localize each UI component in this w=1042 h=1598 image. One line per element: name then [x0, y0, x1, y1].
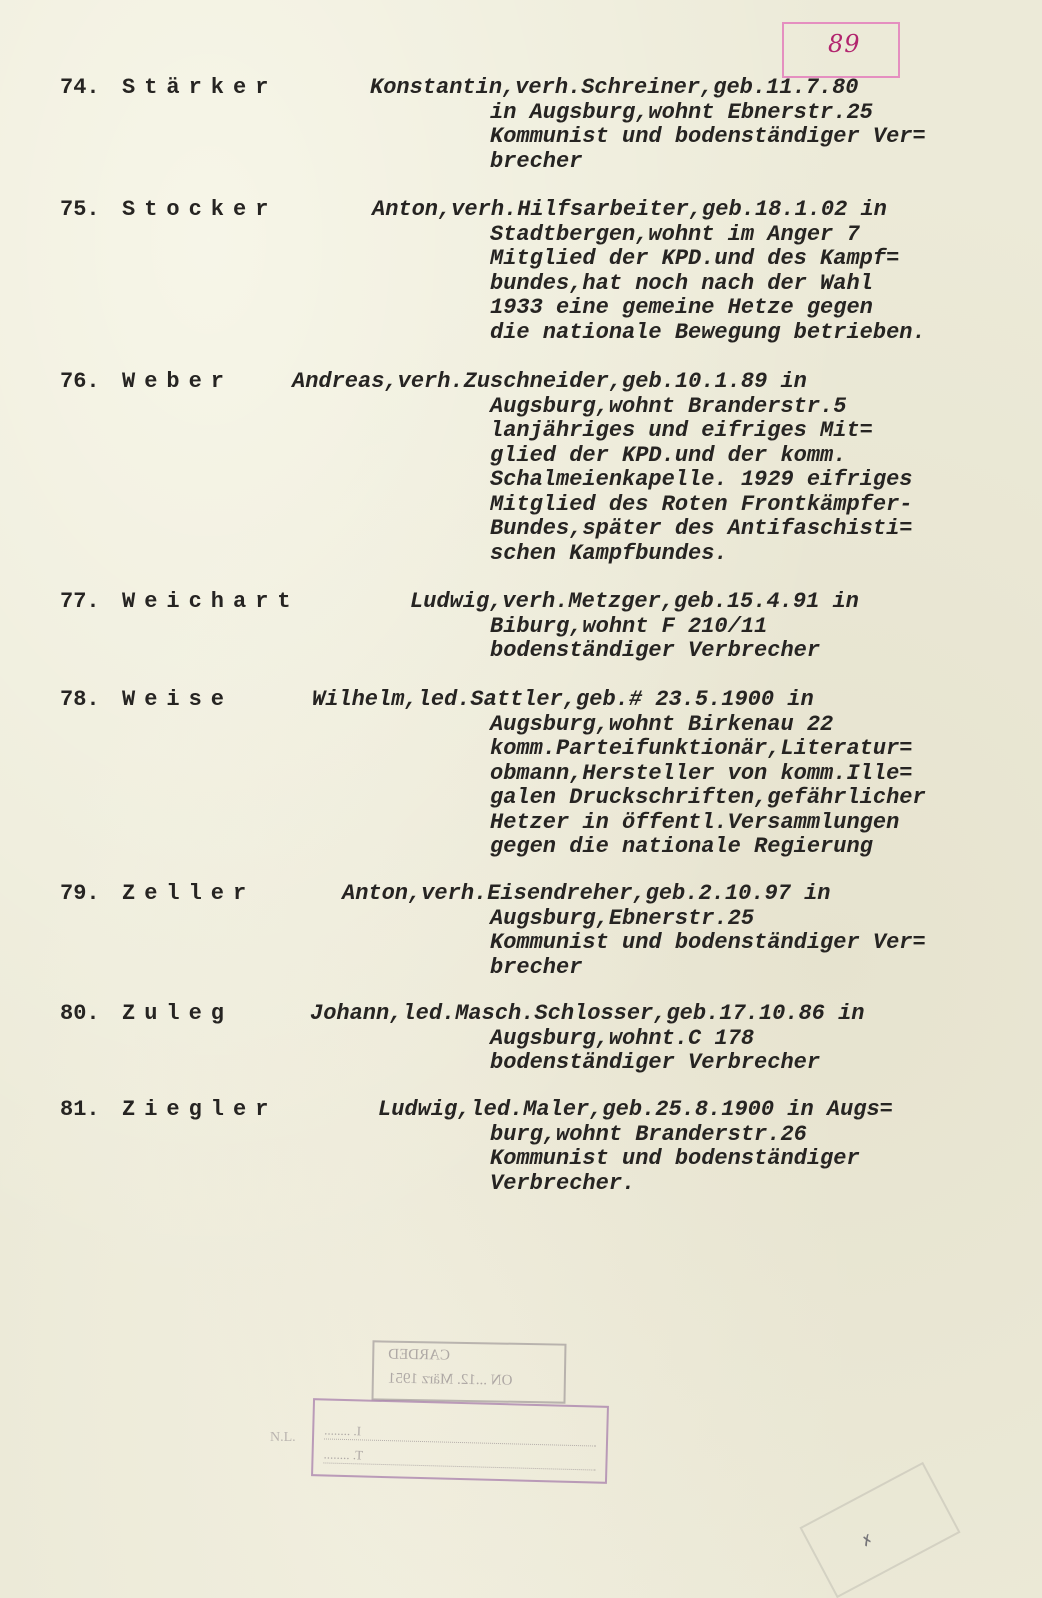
- carded-stamp-line2: ON ...12. März 1951: [388, 1371, 554, 1391]
- list-item: 74.StärkerKonstantin,verh.Schreiner,geb.…: [60, 76, 1030, 174]
- list-item: 80.ZulegJohann,led.Masch.Schlosser,geb.1…: [60, 1002, 1030, 1076]
- entry-heading: 78.WeiseWilhelm,led.Sattler,geb.# 23.5.1…: [60, 688, 1030, 713]
- entry-number: 78.: [60, 688, 122, 713]
- entry-detail-line: die nationale Bewegung betrieben.: [490, 321, 1030, 346]
- entry-detail-line: bundes,hat noch nach der Wahl: [490, 272, 1030, 297]
- entry-details: Stadtbergen,wohnt im Anger 7Mitglied der…: [490, 223, 1030, 346]
- entry-surname: Zuleg: [122, 1002, 233, 1027]
- entry-number: 76.: [60, 370, 122, 395]
- entry-details: burg,wohnt Branderstr.26Kommunist und bo…: [490, 1123, 1030, 1197]
- entry-detail-line: Augsburg,wohnt Birkenau 22: [490, 713, 1030, 738]
- stamp-side-note: N.L.: [270, 1430, 296, 1446]
- entry-surname: Weber: [122, 370, 233, 395]
- index-stamp-line2: T. ........: [323, 1446, 595, 1470]
- entry-number: 80.: [60, 1002, 122, 1027]
- carded-stamp: CARDED ON ...12. März 1951: [371, 1340, 566, 1403]
- entry-detail-line: Schalmeienkapelle. 1929 eifriges: [490, 468, 1030, 493]
- entry-number: 77.: [60, 590, 122, 615]
- entry-number: 74.: [60, 76, 122, 101]
- entry-heading: 75.StockerAnton,verh.Hilfsarbeiter,geb.1…: [60, 198, 1030, 223]
- entry-detail-line: Verbrecher.: [490, 1172, 1030, 1197]
- entry-detail-line: bodenständiger Verbrecher: [490, 1051, 1030, 1076]
- entry-detail-line: Mitglied der KPD.und des Kampf=: [490, 247, 1030, 272]
- faint-stamp: ✗: [799, 1462, 960, 1598]
- entry-number: 79.: [60, 882, 122, 907]
- entry-detail-line: schen Kampfbundes.: [490, 542, 1030, 567]
- entry-detail-line: Bundes,später des Antifaschisti=: [490, 517, 1030, 542]
- entry-detail-line: Hetzer in öffentl.Versammlungen: [490, 811, 1030, 836]
- list-item: 77.WeichartLudwig,verh.Metzger,geb.15.4.…: [60, 590, 1030, 664]
- entry-detail-line: brecher: [490, 150, 1030, 175]
- entry-surname: Stocker: [122, 198, 277, 223]
- entry-detail-line: Augsburg,Ebnerstr.25: [490, 907, 1030, 932]
- entry-first-line: Anton,verh.Eisendreher,geb.2.10.97 in: [342, 882, 830, 907]
- entry-surname: Stärker: [122, 76, 277, 101]
- index-stamp: I. ........ T. ........: [311, 1398, 609, 1484]
- entry-detail-line: Biburg,wohnt F 210/11: [490, 615, 1030, 640]
- entry-detail-line: galen Druckschriften,gefährlicher: [490, 786, 1030, 811]
- entry-heading: 80.ZulegJohann,led.Masch.Schlosser,geb.1…: [60, 1002, 1030, 1027]
- entry-first-line: Anton,verh.Hilfsarbeiter,geb.18.1.02 in: [372, 198, 887, 223]
- entry-heading: 76.WeberAndreas,verh.Zuschneider,geb.10.…: [60, 370, 1030, 395]
- list-item: 76.WeberAndreas,verh.Zuschneider,geb.10.…: [60, 370, 1030, 566]
- list-item: 81.ZieglerLudwig,led.Maler,geb.25.8.1900…: [60, 1098, 1030, 1196]
- entry-heading: 81.ZieglerLudwig,led.Maler,geb.25.8.1900…: [60, 1098, 1030, 1123]
- list-item: 75.StockerAnton,verh.Hilfsarbeiter,geb.1…: [60, 198, 1030, 345]
- entry-detail-line: Kommunist und bodenständiger: [490, 1147, 1030, 1172]
- ink-mark-icon: ✗: [859, 1531, 877, 1552]
- entry-surname: Zeller: [122, 882, 255, 907]
- entry-surname: Weichart: [122, 590, 300, 615]
- entry-detail-line: lanjähriges und eifriges Mit=: [490, 419, 1030, 444]
- entry-detail-line: Kommunist und bodenständiger Ver=: [490, 931, 1030, 956]
- entry-detail-line: glied der KPD.und der komm.: [490, 444, 1030, 469]
- entry-first-line: Konstantin,verh.Schreiner,geb.11.7.80: [370, 76, 858, 101]
- entry-detail-line: Kommunist und bodenständiger Ver=: [490, 125, 1030, 150]
- entry-first-line: Ludwig,led.Maler,geb.25.8.1900 in Augs=: [378, 1098, 893, 1123]
- entry-surname: Ziegler: [122, 1098, 277, 1123]
- entry-detail-line: gegen die nationale Regierung: [490, 835, 1030, 860]
- entry-detail-line: brecher: [490, 956, 1030, 981]
- entry-heading: 77.WeichartLudwig,verh.Metzger,geb.15.4.…: [60, 590, 1030, 615]
- entry-detail-line: Stadtbergen,wohnt im Anger 7: [490, 223, 1030, 248]
- list-item: 79.ZellerAnton,verh.Eisendreher,geb.2.10…: [60, 882, 1030, 980]
- carded-stamp-line1: CARDED: [388, 1347, 554, 1367]
- entry-first-line: Ludwig,verh.Metzger,geb.15.4.91 in: [410, 590, 859, 615]
- entry-first-line: Andreas,verh.Zuschneider,geb.10.1.89 in: [292, 370, 807, 395]
- entry-surname: Weise: [122, 688, 233, 713]
- entry-details: in Augsburg,wohnt Ebnerstr.25Kommunist u…: [490, 101, 1030, 175]
- entry-details: Augsburg,wohnt.C 178bodenständiger Verbr…: [490, 1027, 1030, 1076]
- entry-number: 81.: [60, 1098, 122, 1123]
- entry-details: Augsburg,wohnt Birkenau 22komm.Parteifun…: [490, 713, 1030, 860]
- entry-first-line: Johann,led.Masch.Schlosser,geb.17.10.86 …: [310, 1002, 865, 1027]
- entry-detail-line: komm.Parteifunktionär,Literatur=: [490, 737, 1030, 762]
- entry-detail-line: Mitglied des Roten Frontkämpfer-: [490, 493, 1030, 518]
- entry-details: Biburg,wohnt F 210/11bodenständiger Verb…: [490, 615, 1030, 664]
- entry-heading: 74.StärkerKonstantin,verh.Schreiner,geb.…: [60, 76, 1030, 101]
- entry-detail-line: bodenständiger Verbrecher: [490, 639, 1030, 664]
- entry-detail-line: burg,wohnt Branderstr.26: [490, 1123, 1030, 1148]
- entry-detail-line: in Augsburg,wohnt Ebnerstr.25: [490, 101, 1030, 126]
- entry-first-line: Wilhelm,led.Sattler,geb.# 23.5.1900 in: [312, 688, 814, 713]
- entry-detail-line: Augsburg,wohnt Branderstr.5: [490, 395, 1030, 420]
- entry-heading: 79.ZellerAnton,verh.Eisendreher,geb.2.10…: [60, 882, 1030, 907]
- entry-details: Augsburg,wohnt Branderstr.5lanjähriges u…: [490, 395, 1030, 567]
- entry-detail-line: Augsburg,wohnt.C 178: [490, 1027, 1030, 1052]
- list-item: 78.WeiseWilhelm,led.Sattler,geb.# 23.5.1…: [60, 688, 1030, 860]
- entry-detail-line: obmann,Hersteller von komm.Ille=: [490, 762, 1030, 787]
- page-number: 89: [828, 30, 861, 58]
- entry-detail-line: 1933 eine gemeine Hetze gegen: [490, 296, 1030, 321]
- entry-details: Augsburg,Ebnerstr.25Kommunist und bodens…: [490, 907, 1030, 981]
- entry-number: 75.: [60, 198, 122, 223]
- index-stamp-line1: I. ........: [324, 1422, 596, 1446]
